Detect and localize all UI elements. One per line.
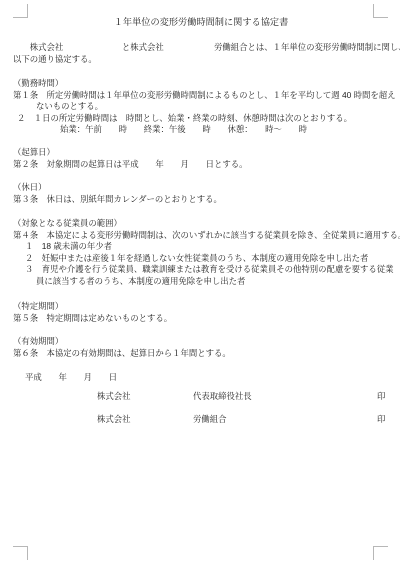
signature-role-union: 労働組合 (193, 414, 227, 426)
section-heading-start-date: （起算日） (13, 147, 389, 159)
article-3-text: 第３条 休日は、別紙年間カレンダーのとおりとする。 (13, 194, 389, 206)
intro-line-1: 株式会社 と株式会社 労働組合とは、１年単位の変形労働時間制に関し、 (13, 42, 389, 54)
section-start-date: （起算日） 第２条 対象期間の起算日は平成 年 月 日とする。 (13, 147, 389, 170)
intro-line-2: 以下の通り協定する。 (13, 54, 389, 66)
article-1-line-1: 第１条 所定労働時間は１年単位の変形労働時間制によるものとし、１年を平均して週 … (13, 90, 389, 102)
article-4-item-2: ２ 妊娠中または産後１年を経過しない女性従業員のうち、本制度の適用免除を申し出た… (13, 253, 389, 265)
signature-date-line: 平成 年 月 日 (13, 372, 389, 384)
section-employee-scope: （対象となる従業員の範囲） 第４条 本協定による変形労働時間制は、次のいずれかに… (13, 218, 389, 287)
section-holidays: （休日） 第３条 休日は、別紙年間カレンダーのとおりとする。 (13, 182, 389, 205)
signature-company-label: 株式会社 (97, 391, 131, 403)
section-validity-period: （有効期間） 第６条 本協定の有効期間は、起算日から１年間とする。 (13, 336, 389, 359)
signature-row-employer: 株式会社 代表取締役社長 印 (13, 391, 389, 403)
article-1-line-2: ないものとする。 (13, 101, 389, 113)
margin-crop-mark-bottom-left (13, 546, 28, 560)
agreement-document-page: １年単位の変形労働時間制に関する協定書 株式会社 と株式会社 労働組合とは、１年… (0, 0, 400, 565)
article-4-item-3-line-1: ３ 育児や介護を行う従業員、職業訓練または教育を受ける従業員その他特別の配慮を要… (13, 264, 389, 276)
signature-row-union: 株式会社 労働組合 印 (13, 414, 389, 426)
section-heading-specified-period: （特定期間） (13, 301, 389, 313)
article-4-text: 第４条 本協定による変形労働時間制は、次のいずれかに該当する従業員を除き、全従業… (13, 230, 389, 242)
article-1-item-2: ２ １日の所定労働時間は 時間とし、始業・終業の時刻、休憩時間は次のとおりする。 (13, 113, 389, 125)
seal-mark-employer: 印 (377, 391, 385, 403)
article-4-item-3-line-2: 員に該当する者のうち、本制度の適用免除を申し出た者 (13, 276, 389, 288)
article-1-times-line: 始業：午前 時 終業：午後 時 休憩： 時～ 時 (13, 124, 389, 136)
document-title: １年単位の変形労働時間制に関する協定書 (13, 16, 389, 28)
signature-company-label-union: 株式会社 (97, 414, 131, 426)
article-2-text: 第２条 対象期間の起算日は平成 年 月 日とする。 (13, 159, 389, 171)
section-working-hours: （勤務時間） 第１条 所定労働時間は１年単位の変形労働時間制によるものとし、１年… (13, 78, 389, 136)
article-4-item-1: １ 18 歳未満の年少者 (13, 241, 389, 253)
margin-crop-mark-bottom-right (373, 546, 388, 560)
intro-paragraph: 株式会社 と株式会社 労働組合とは、１年単位の変形労働時間制に関し、 以下の通り… (13, 42, 389, 65)
section-heading-holidays: （休日） (13, 182, 389, 194)
section-specified-period: （特定期間） 第５条 特定期間は定めないものとする。 (13, 301, 389, 324)
seal-mark-union: 印 (377, 414, 385, 426)
section-heading-employee-scope: （対象となる従業員の範囲） (13, 218, 389, 230)
article-5-text: 第５条 特定期間は定めないものとする。 (13, 313, 389, 325)
signature-role-president: 代表取締役社長 (193, 391, 252, 403)
section-heading-validity-period: （有効期間） (13, 336, 389, 348)
section-heading-working-hours: （勤務時間） (13, 78, 389, 90)
article-6-text: 第６条 本協定の有効期間は、起算日から１年間とする。 (13, 348, 389, 360)
